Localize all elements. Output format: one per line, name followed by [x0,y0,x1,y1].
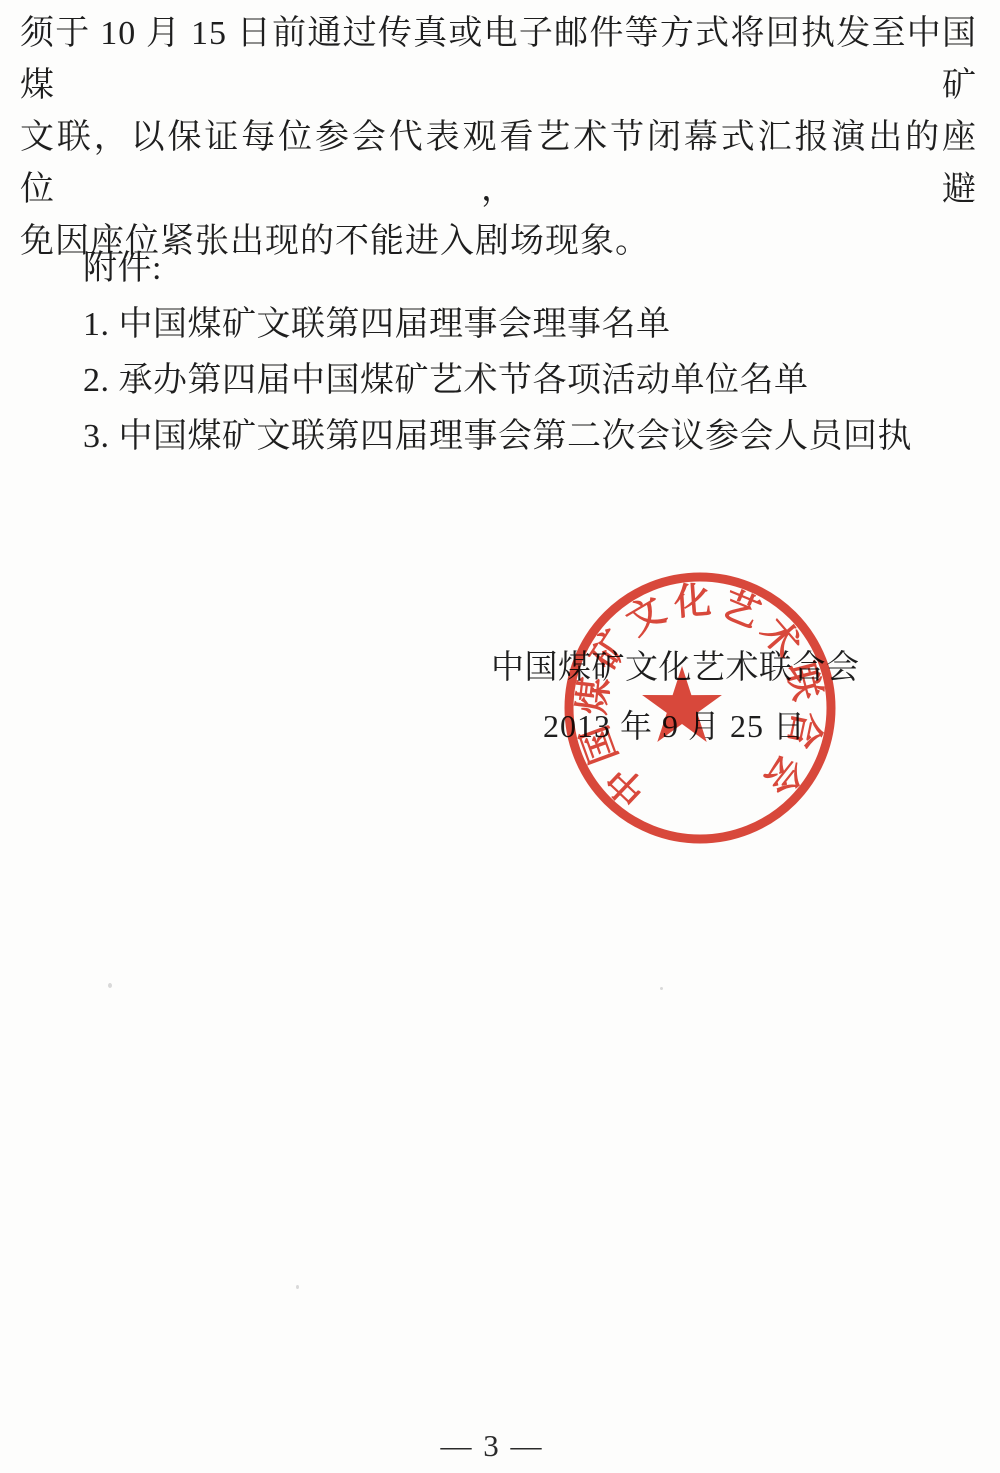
star-icon [642,666,722,742]
seal-char: 联 [778,658,828,704]
scan-speck [108,983,112,988]
seal-char: 煤 [571,675,617,718]
attachments-section: 附件: 1. 中国煤矿文联第四届理事会理事名单 2. 承办第四届中国煤矿艺术节各… [83,241,912,465]
seal-char: 合 [780,708,829,753]
attachment-item-1: 1. 中国煤矿文联第四届理事会理事名单 [83,297,912,353]
attachment-item-3: 3. 中国煤矿文联第四届理事会第二次会议参会人员回执 [83,409,912,465]
scanned-document-page: { "page": { "background": "#fdfdfc", "in… [0,0,1000,1473]
paragraph-line-2: 文联，以保证每位参会代表观看艺术节闭幕式汇报演出的座位，避 [20,112,977,216]
scan-speck [296,1285,299,1289]
scan-speck [660,987,663,990]
paragraph-line-1: 须于 10 月 15 日前通过传真或电子邮件等方式将回执发至中国煤矿 [20,8,977,112]
body-paragraph: 须于 10 月 15 日前通过传真或电子邮件等方式将回执发至中国煤矿 文联，以保… [20,8,977,268]
page-number: — 3 — [0,1428,984,1464]
seal-char: 化 [672,580,713,625]
attachments-label: 附件: [83,241,912,297]
attachment-item-2: 2. 承办第四届中国煤矿艺术节各项活动单位名单 [83,353,912,409]
official-seal: 中国煤矿文化艺术联合会 [560,568,840,848]
